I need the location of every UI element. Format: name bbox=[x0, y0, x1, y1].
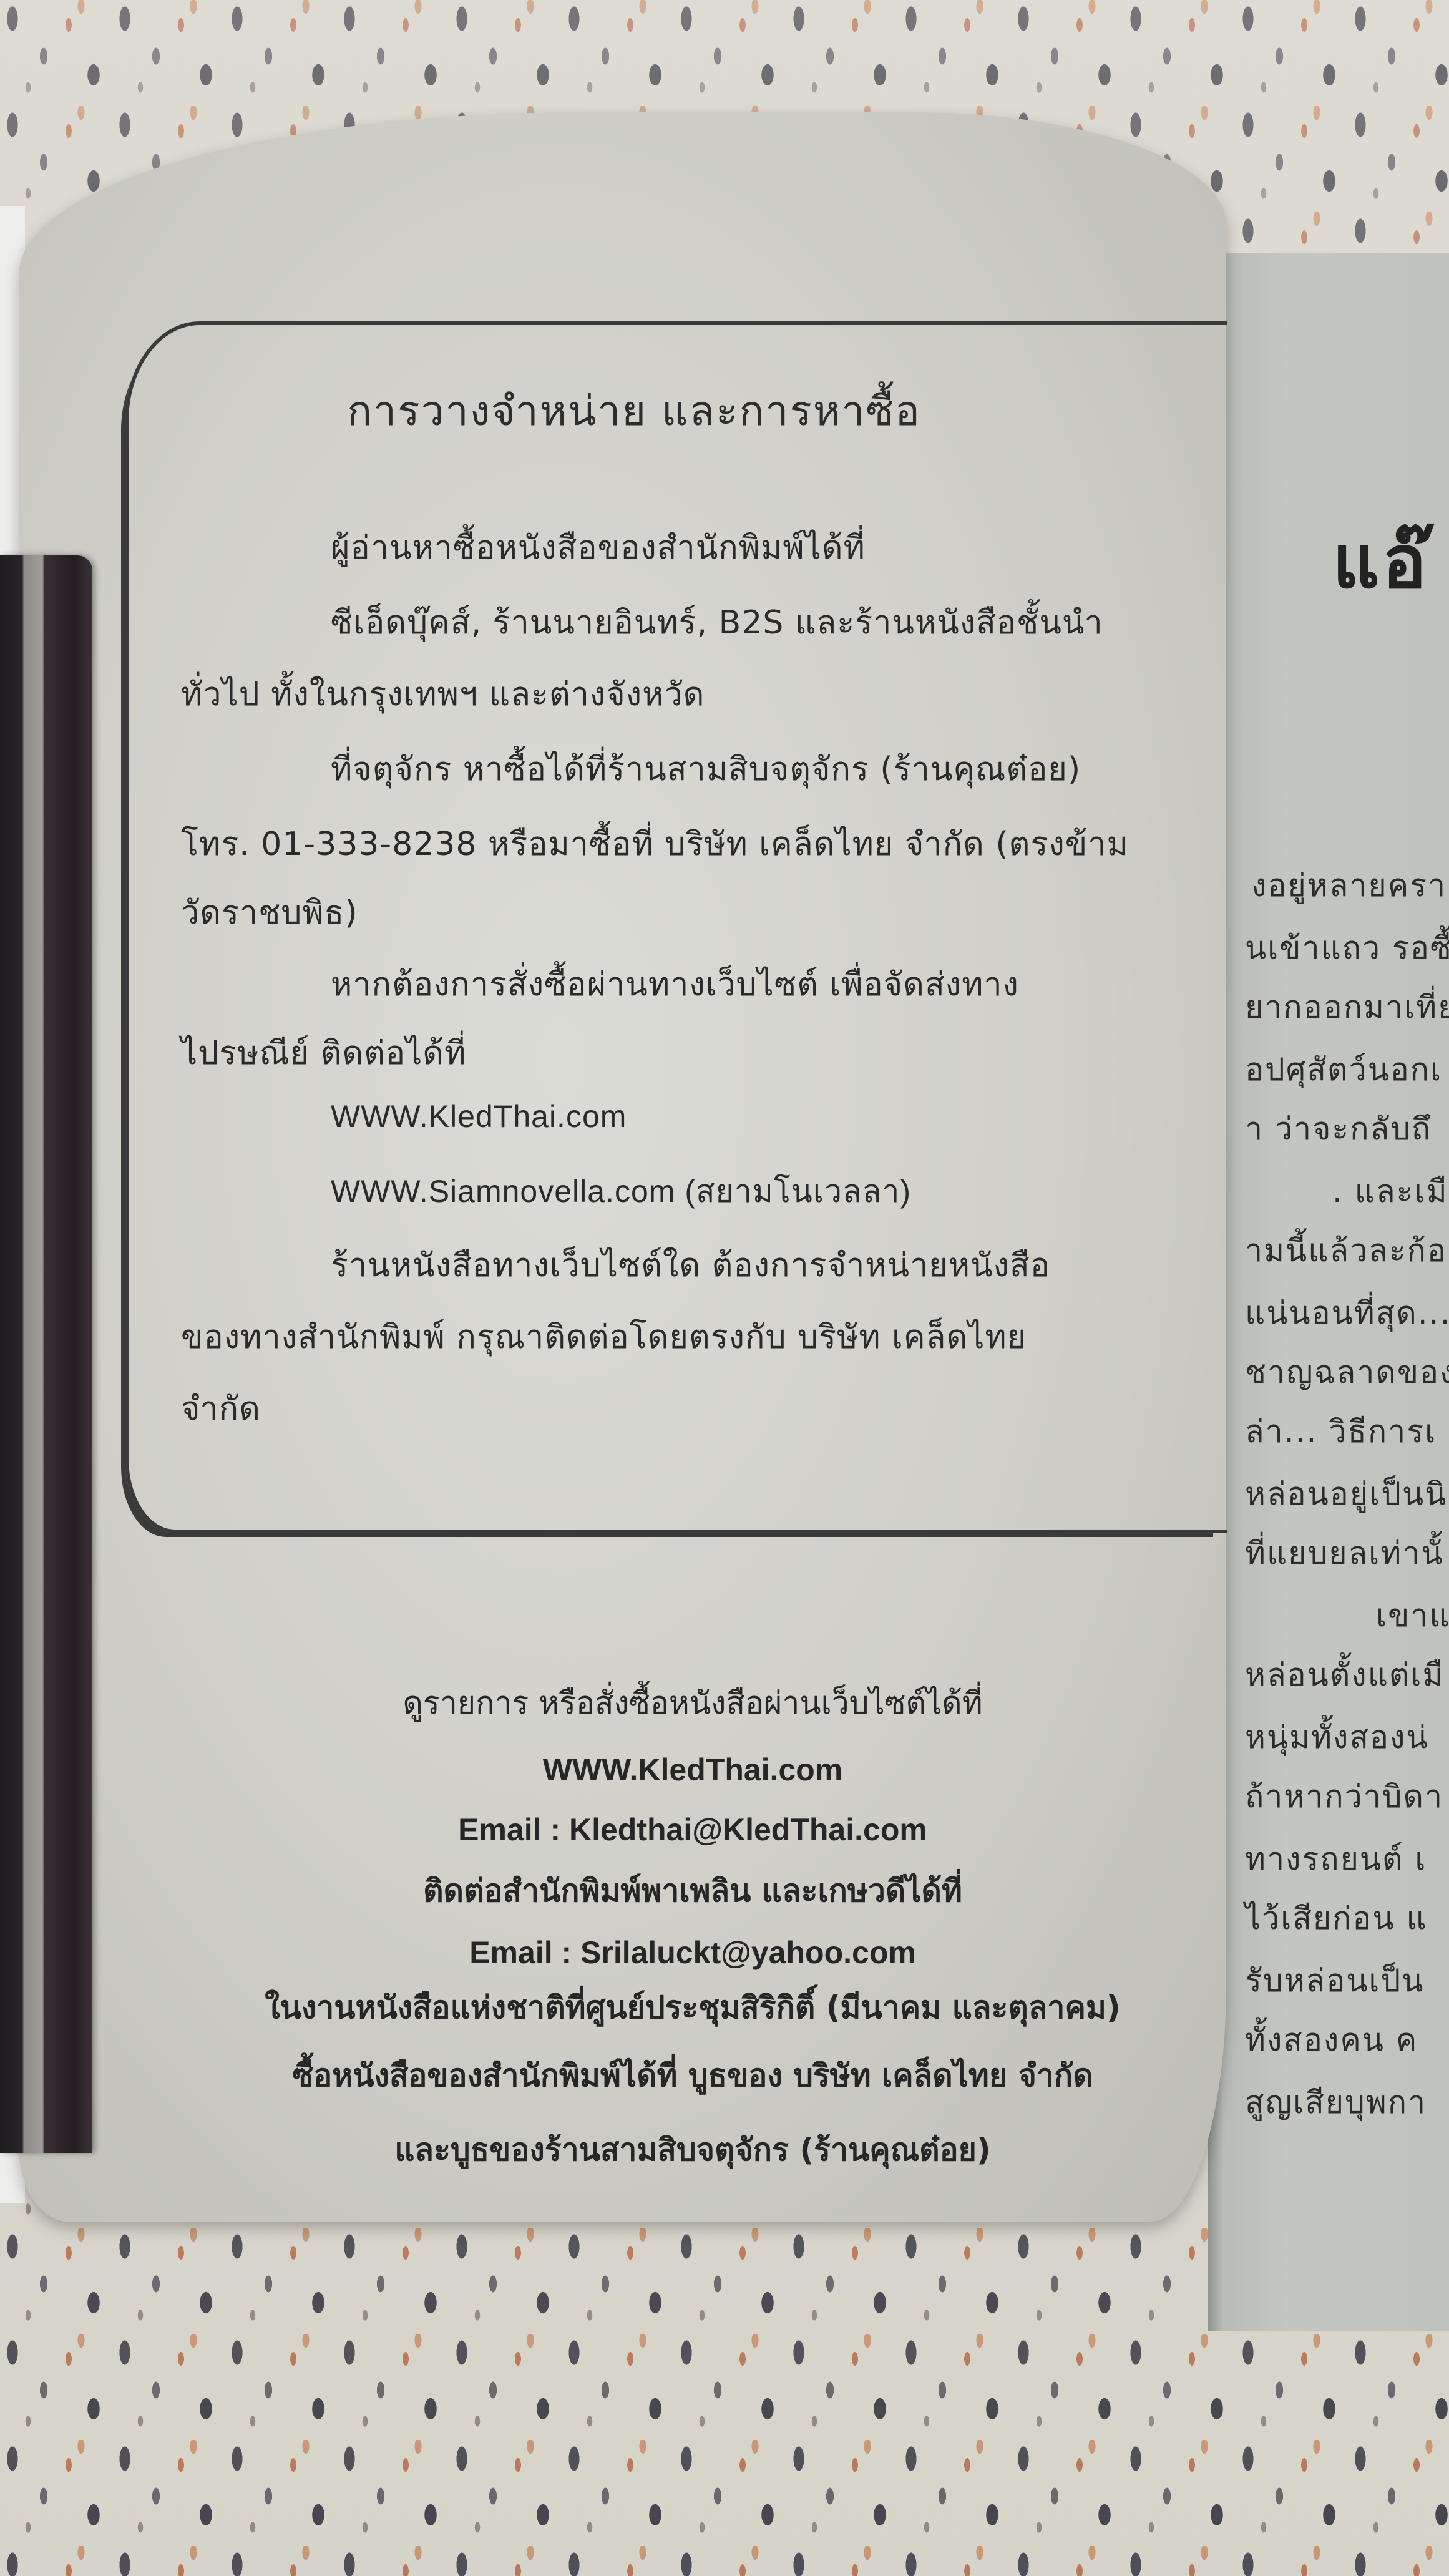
website-link-siamnovella[interactable]: WWW.Siamnovella.com (สยามโนเวลลา) bbox=[331, 1167, 911, 1216]
right-page-line: นเข้าแถว รอซื้อ bbox=[1245, 924, 1449, 973]
right-page-line: หล่อนตั้งแต่เมื bbox=[1245, 1651, 1444, 1700]
right-page-line: ยากออกมาเที่ย bbox=[1245, 983, 1449, 1032]
right-page-line: า ว่าจะกลับถึ bbox=[1245, 1105, 1432, 1154]
right-page-line: รับหล่อนเป็น bbox=[1245, 1956, 1424, 2006]
right-page-line: ทางรถยนต์ เ bbox=[1245, 1835, 1427, 1884]
right-page-line: ทั้งสองคน ค bbox=[1245, 2016, 1418, 2065]
right-page-line: ล่า... วิธีการเ bbox=[1245, 1407, 1437, 1456]
right-page-line: อปศุสัตว์นอกเ bbox=[1245, 1045, 1442, 1095]
right-page-line: หนุ่มทั้งสองน่ bbox=[1245, 1713, 1429, 1762]
paragraph-line: ซีเอ็ดบุ๊คส์, ร้านนายอินทร์, B2S และร้าน… bbox=[331, 596, 1103, 648]
footer-line: ติดต่อสำนักพิมพ์พาเพลิน และเกษวดีได้ที่ bbox=[162, 1866, 1223, 1916]
right-page-line: ถ้าหากว่าบิดา bbox=[1245, 1772, 1443, 1822]
paragraph-line: จำกัด bbox=[181, 1382, 261, 1434]
right-page-heading: แอ๊ bbox=[1332, 502, 1429, 620]
paragraph-line: ร้านหนังสือทางเว็บไซต์ใด ต้องการจำหน่ายห… bbox=[331, 1239, 1050, 1290]
footer-email-srilaluckt[interactable]: Email : Srilaluckt@yahoo.com bbox=[162, 1934, 1223, 1971]
right-page-line: งอยู่หลายครา bbox=[1251, 861, 1447, 910]
right-book-page: แอ๊ งอยู่หลายครา นเข้าแถว รอซื้อ ยากออกม… bbox=[1207, 253, 1449, 2331]
paragraph-line: ผู้อ่านหาซื้อหนังสือของสำนักพิมพ์ได้ที่ bbox=[331, 521, 866, 573]
paragraph-line: หากต้องการสั่งซื้อผ่านทางเว็บไซต์ เพื่อจ… bbox=[331, 958, 1019, 1010]
paragraph-line: วัดราชบพิธ) bbox=[181, 886, 358, 938]
right-page-line: ที่แยบยลเท่านั้ bbox=[1245, 1529, 1443, 1578]
right-page-line: สูญเสียบุพกา bbox=[1245, 2078, 1427, 2127]
right-page-line: แน่นอนที่สุด... bbox=[1245, 1289, 1449, 1338]
paragraph-line: ทั่วไป ทั้งในกรุงเทพฯ และต่างจังหวัด bbox=[181, 668, 705, 720]
paragraph-line: ไปรษณีย์ ติดต่อได้ที่ bbox=[181, 1027, 466, 1078]
footer-website-link[interactable]: WWW.KledThai.com bbox=[162, 1752, 1223, 1788]
right-page-line: ชาญฉลาดของ bbox=[1245, 1348, 1449, 1397]
right-page-line: หล่อนอยู่เป็นนิ bbox=[1245, 1470, 1447, 1519]
left-book-page: การวางจำหน่าย และการหาซื้อ ผู้อ่านหาซื้อ… bbox=[19, 112, 1226, 2222]
paragraph-line: โทร. 01-333-8238 หรือมาซื้อที่ บริษัท เค… bbox=[181, 817, 1129, 869]
right-page-line: . และเมื bbox=[1332, 1167, 1448, 1216]
footer-line: ในงานหนังสือแห่งชาติที่ศูนย์ประชุมสิริกิ… bbox=[162, 1983, 1223, 2032]
footer-line: ดูรายการ หรือสั่งซื้อหนังสือผ่านเว็บไซต์… bbox=[162, 1679, 1223, 1728]
footer-contact-block: ดูรายการ หรือสั่งซื้อหนังสือผ่านเว็บไซต์… bbox=[162, 1679, 1223, 2175]
paragraph-line: ของทางสำนักพิมพ์ กรุณาติดต่อโดยตรงกับ บร… bbox=[181, 1310, 1027, 1362]
right-page-line: เขาแ bbox=[1376, 1591, 1449, 1641]
book-spine-bookmark bbox=[0, 555, 92, 2153]
website-link-kledthai[interactable]: WWW.KledThai.com bbox=[331, 1098, 627, 1134]
right-page-line: ไว้เสียก่อน แ bbox=[1245, 1894, 1428, 1943]
right-page-line: ามนี้แล้วละก้อ bbox=[1245, 1226, 1447, 1276]
footer-email-kledthai[interactable]: Email : Kledthai@KledThai.com bbox=[162, 1812, 1223, 1848]
footer-line: และบูธของร้านสามสิบจตุจักร (ร้านคุณต๋อย) bbox=[162, 2125, 1223, 2175]
footer-line: ซื้อหนังสือของสำนักพิมพ์ได้ที่ บูธของ บร… bbox=[162, 2051, 1223, 2100]
box-title: การวางจำหน่าย และการหาซื้อ bbox=[129, 378, 1139, 444]
paragraph-line: ที่จตุจักร หาซื้อได้ที่ร้านสามสิบจตุจักร… bbox=[331, 743, 1081, 794]
